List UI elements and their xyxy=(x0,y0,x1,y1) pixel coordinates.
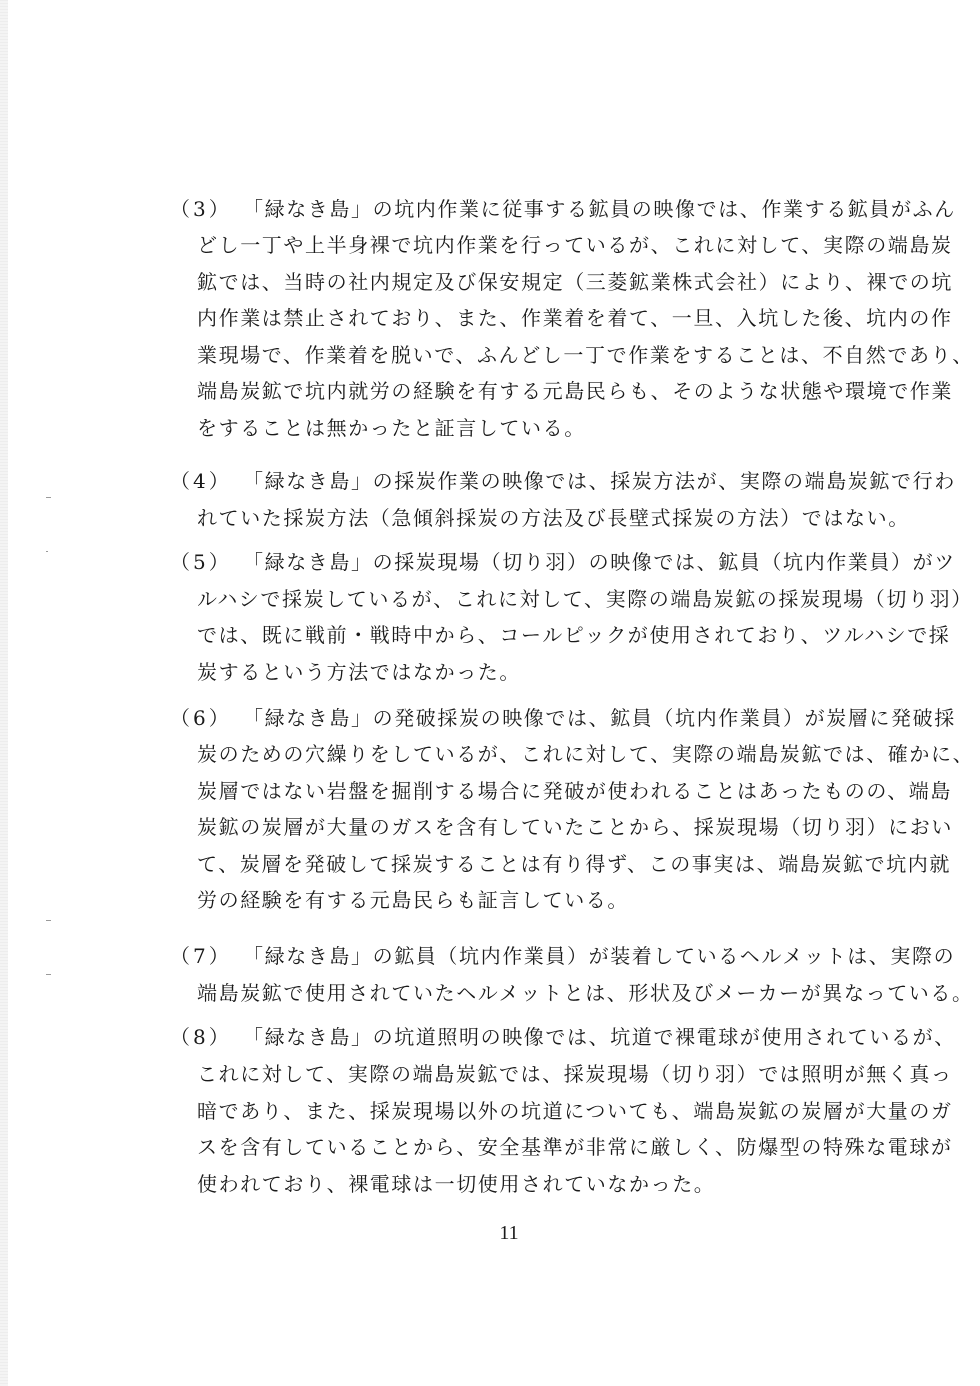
item-marker: （5） xyxy=(170,550,232,574)
page-number: 11 xyxy=(0,1222,980,1245)
item-line: 炭層ではない岩盤を掘削する場合に発破が使われることはあったものの、端島 xyxy=(197,779,952,803)
item-line: では、既に戦前・戦時中から、コールピックが使用されており、ツルハシで採 xyxy=(197,623,950,647)
item-line: 鉱では、当時の社内規定及び保安規定（三菱鉱業株式会社）により、裸での坑 xyxy=(197,270,953,294)
item-line: ルハシで採炭しているが、これに対して、実際の端島炭鉱の採炭現場（切り羽） xyxy=(197,587,973,611)
item-line: どし一丁や上半身裸で坑内作業を行っているが、これに対して、実際の端島炭 xyxy=(197,233,953,257)
item-line: て、炭層を発破して採炭することは有り得ず、この事実は、端島炭鉱で坑内就 xyxy=(197,852,951,876)
item-line: 炭鉱の炭層が大量のガスを含有していたことから、採炭現場（切り羽）におい xyxy=(197,815,953,839)
item-line: 業現場で、作業着を脱いで、ふんどし一丁で作業をすることは、不自然であり、 xyxy=(197,343,974,367)
item-line: 端島炭鉱で坑内就労の経験を有する元島民らも、そのような状態や環境で作業 xyxy=(197,379,953,403)
item-line: 「緑なき島」の坑道照明の映像では、坑道で裸電球が使用されているが、 xyxy=(243,1025,956,1049)
item-line: 内作業は禁止されており、また、作業着を着て、一旦、入坑した後、坑内の作 xyxy=(197,306,953,330)
item-marker: （4） xyxy=(170,469,232,493)
item-line: 「緑なき島」の坑内作業に従事する鉱員の映像では、作業する鉱員がふん xyxy=(243,197,956,221)
scan-mark xyxy=(46,920,51,921)
item-marker: （8） xyxy=(170,1025,232,1049)
item-marker: （6） xyxy=(170,706,232,730)
item-line: 炭のための穴繰りをしているが、これに対して、実際の端島炭鉱では、確かに、 xyxy=(197,742,974,766)
item-line: 使われており、裸電球は一切使用されていなかった。 xyxy=(197,1172,715,1196)
item-line: 「緑なき島」の発破採炭の映像では、鉱員（坑内作業員）が炭層に発破採 xyxy=(243,706,956,730)
item-line: 「緑なき島」の採炭現場（切り羽）の映像では、鉱員（坑内作業員）がツ xyxy=(243,550,956,574)
item-line: 「緑なき島」の採炭作業の映像では、採炭方法が、実際の端島炭鉱で行わ xyxy=(243,469,956,493)
item-line: 暗であり、また、採炭現場以外の坑道についても、端島炭鉱の炭層が大量のガ xyxy=(197,1099,953,1123)
scan-mark xyxy=(46,551,48,552)
item-line: 「緑なき島」の鉱員（坑内作業員）が装着しているヘルメットは、実際の xyxy=(243,944,955,968)
item-line: 炭するという方法ではなかった。 xyxy=(197,660,521,684)
item-marker: （3） xyxy=(170,197,232,221)
item-line: をすることは無かったと証言している。 xyxy=(197,416,586,440)
item-line: 労の経験を有する元島民らも証言している。 xyxy=(197,888,629,912)
item-line: 端島炭鉱で使用されていたヘルメットとは、形状及びメーカーが異なっている。 xyxy=(197,981,974,1005)
item-line: これに対して、実際の端島炭鉱では、採炭現場（切り羽）では照明が無く真っ xyxy=(197,1062,953,1086)
item-line: スを含有していることから、安全基準が非常に厳しく、防爆型の特殊な電球が xyxy=(197,1135,953,1159)
scan-left-edge xyxy=(0,0,8,1386)
scan-mark xyxy=(46,974,51,975)
item-marker: （7） xyxy=(170,944,232,968)
scan-mark xyxy=(46,497,51,498)
item-line: れていた採炭方法（急傾斜採炭の方法及び長壁式採炭の方法）ではない。 xyxy=(197,506,910,530)
